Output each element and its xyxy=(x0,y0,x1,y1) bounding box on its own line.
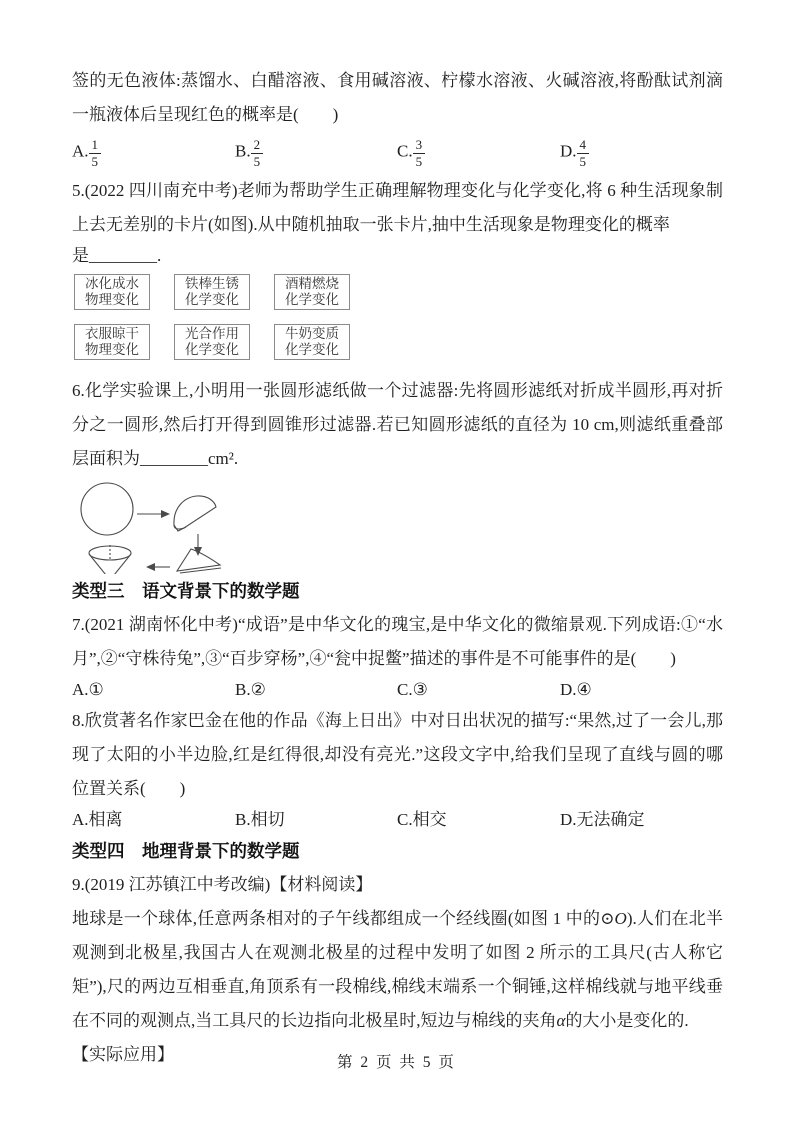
q4-option-b-label: B. xyxy=(235,142,251,161)
q4-option-a-fraction: 15 xyxy=(89,138,102,168)
q8-line3: 位置关系( ) xyxy=(72,772,723,806)
fraction-denominator: 5 xyxy=(89,154,102,169)
q9-header: 9.(2019 江苏镇江中考改编)【材料阅读】 xyxy=(72,868,723,902)
card-change-type: 化学变化 xyxy=(185,342,239,358)
q4-option-c-fraction: 35 xyxy=(413,138,426,168)
arrow-left-head xyxy=(146,563,155,571)
card-clothes-dry: 衣服晾干 物理变化 xyxy=(74,324,150,360)
fraction-numerator: 2 xyxy=(251,138,264,154)
q8-line1: 8.欣赏著名作家巴金在他的作品《海上日出》中对日出状况的描写:“果然,过了一会儿… xyxy=(72,704,723,738)
quarter-folded-paper xyxy=(177,549,220,571)
q9-paragraph2: 观测到北极星,我国古人在观测北极星的过程中发明了如图 2 所示的工具尺(古人称它… xyxy=(72,936,723,970)
q5-cards: 冰化成水 物理变化 铁棒生锈 化学变化 酒精燃烧 化学变化 衣服晾干 物理变化 … xyxy=(74,274,723,360)
circle-filter-paper xyxy=(81,483,133,535)
q4-line1: 签的无色液体:蒸馏水、白醋溶液、食用碱溶液、柠檬水溶液、火碱溶液,将酚酞试剂滴入… xyxy=(72,64,723,98)
card-phenomenon: 铁棒生锈 xyxy=(185,276,239,292)
card-iron-rust: 铁棒生锈 化学变化 xyxy=(174,274,250,310)
worksheet-page: 签的无色液体:蒸馏水、白醋溶液、食用碱溶液、柠檬水溶液、火碱溶液,将酚酞试剂滴入… xyxy=(0,0,793,1122)
q4-option-d: D.45 xyxy=(560,138,723,168)
q9-paragraph4: 在不同的观测点,当工具尺的长边指向北极星时,短边与棉线的夹角α的大小是变化的. xyxy=(72,1004,723,1038)
q5-line3: 是________. xyxy=(72,242,723,270)
q4-option-c: C.35 xyxy=(397,138,560,168)
q6-line1: 6.化学实验课上,小明用一张圆形滤纸做一个过滤器:先将圆形滤纸对折成半圆形,再对… xyxy=(72,374,723,408)
fraction-denominator: 5 xyxy=(251,154,264,169)
q5-cards-row1: 冰化成水 物理变化 铁棒生锈 化学变化 酒精燃烧 化学变化 xyxy=(74,274,723,310)
q8-option-b: B.相切 xyxy=(235,806,397,834)
quarter-fold-edge xyxy=(180,568,221,573)
card-phenomenon: 光合作用 xyxy=(185,326,239,342)
card-photosynthesis: 光合作用 化学变化 xyxy=(174,324,250,360)
card-change-type: 物理变化 xyxy=(85,342,139,358)
q5-line3-suffix: . xyxy=(157,246,161,265)
fraction-numerator: 3 xyxy=(413,138,426,154)
q4-options-row: A.15 B.25 C.35 D.45 xyxy=(72,132,723,174)
q5-line1: 5.(2022 四川南充中考)老师为帮助学生正确理解物理变化与化学变化,将 6 … xyxy=(72,174,723,208)
q8-option-a: A.相离 xyxy=(72,806,235,834)
q8-option-d: D.无法确定 xyxy=(560,806,723,834)
q8-line2: 现了太阳的小半边脸,红是红得很,却没有亮光.”这段文字中,给我们呈现了直线与圆的… xyxy=(72,738,723,772)
q5-answer-blank: ________ xyxy=(89,246,157,265)
fraction-denominator: 5 xyxy=(577,154,590,169)
q7-options-row: A.① B.② C.③ D.④ xyxy=(72,676,723,704)
q4-option-b-fraction: 25 xyxy=(251,138,264,168)
q6-answer-blank: ________ xyxy=(140,449,208,468)
fraction-numerator: 1 xyxy=(89,138,102,154)
fraction-denominator: 5 xyxy=(413,154,426,169)
card-milk-spoil: 牛奶变质 化学变化 xyxy=(274,324,350,360)
card-phenomenon: 衣服晾干 xyxy=(85,326,139,342)
q9-p1-circle-o: O xyxy=(615,909,627,928)
q9-p1-pre: 地球是一个球体,任意两条相对的子午线都组成一个经线圈(如图 1 中的⊙ xyxy=(72,909,615,928)
q5-line3-prefix: 是 xyxy=(72,246,89,265)
q8-options-row: A.相离 B.相切 C.相交 D.无法确定 xyxy=(72,806,723,834)
page-number-footer: 第 2 页 共 5 页 xyxy=(0,1050,793,1072)
half-fold-flap xyxy=(174,525,186,531)
card-phenomenon: 冰化成水 xyxy=(85,276,139,292)
q9-paragraph3: 矩”),尺的两边互相垂直,角顶系有一段棉线,棉线末端系一个铜锤,这样棉线就与地平… xyxy=(72,970,723,1004)
folding-diagram-svg xyxy=(74,478,274,574)
fraction-numerator: 4 xyxy=(577,138,590,154)
card-phenomenon: 牛奶变质 xyxy=(285,326,339,342)
q5-line2: 上去无差别的卡片(如图).从中随机抽取一张卡片,抽中生活现象是物理变化的概率 xyxy=(72,208,723,242)
card-change-type: 化学变化 xyxy=(285,342,339,358)
q6-line3-prefix: 层面积为 xyxy=(72,449,140,468)
q5-cards-row2: 衣服晾干 物理变化 光合作用 化学变化 牛奶变质 化学变化 xyxy=(74,324,723,360)
half-folded-paper xyxy=(174,496,216,529)
q7-line1: 7.(2021 湖南怀化中考)“成语”是中华文化的瑰宝,是中华文化的微缩景观.下… xyxy=(72,608,723,642)
q4-line2: 一瓶液体后呈现红色的概率是( ) xyxy=(72,98,723,132)
card-alcohol-burn: 酒精燃烧 化学变化 xyxy=(274,274,350,310)
section3-heading: 类型三 语文背景下的数学题 xyxy=(72,574,723,608)
q4-option-c-label: C. xyxy=(397,142,413,161)
q9-p4-post: 的大小是变化的. xyxy=(565,1011,688,1030)
q4-option-d-fraction: 45 xyxy=(577,138,590,168)
q7-option-a: A.① xyxy=(72,676,235,704)
arrow-right-head xyxy=(161,510,170,518)
filter-paper-folding-diagram xyxy=(74,478,723,574)
q9-paragraph1: 地球是一个球体,任意两条相对的子午线都组成一个经线圈(如图 1 中的⊙O).人们… xyxy=(72,902,723,936)
card-phenomenon: 酒精燃烧 xyxy=(285,276,339,292)
q6-line2: 分之一圆形,然后打开得到圆锥形过滤器.若已知圆形滤纸的直径为 10 cm,则滤纸… xyxy=(72,408,723,442)
q4-option-a: A.15 xyxy=(72,138,235,168)
q4-option-a-label: A. xyxy=(72,142,89,161)
q6-line3: 层面积为________cm². xyxy=(72,442,723,476)
q9-p4-pre: 在不同的观测点,当工具尺的长边指向北极星时,短边与棉线的夹角 xyxy=(72,1011,557,1030)
q7-option-d: D.④ xyxy=(560,676,723,704)
card-change-type: 物理变化 xyxy=(85,292,139,308)
q7-option-b: B.② xyxy=(235,676,397,704)
q4-option-b: B.25 xyxy=(235,138,397,168)
q7-line2: 月”,②“守株待兔”,③“百步穿杨”,④“瓮中捉鳖”描述的事件是不可能事件的是(… xyxy=(72,642,723,676)
q4-option-d-label: D. xyxy=(560,142,577,161)
section4-heading: 类型四 地理背景下的数学题 xyxy=(72,834,723,868)
card-ice-to-water: 冰化成水 物理变化 xyxy=(74,274,150,310)
q8-option-c: C.相交 xyxy=(397,806,560,834)
q7-option-c: C.③ xyxy=(397,676,560,704)
q6-line3-suffix: cm². xyxy=(208,449,238,468)
card-change-type: 化学变化 xyxy=(185,292,239,308)
card-change-type: 化学变化 xyxy=(285,292,339,308)
